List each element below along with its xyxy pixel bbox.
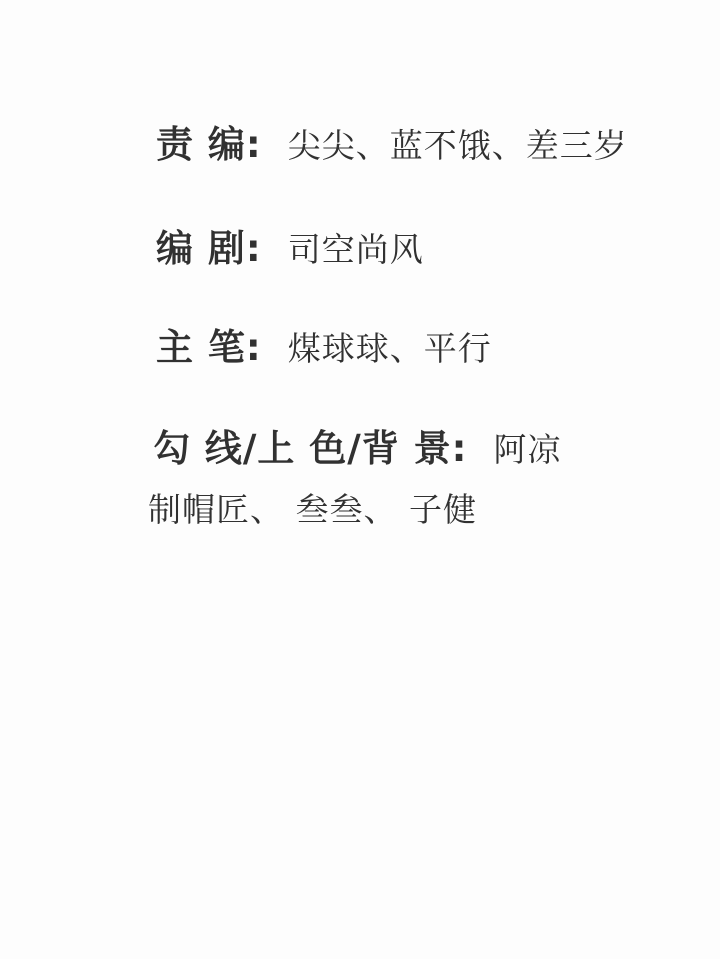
credits-page: 责 编: 尖尖、蓝不饿、差三岁 编 剧: 司空尚风 主 笔: 煤球球、平行 勾 … xyxy=(0,0,720,959)
credit-names: 制帽匠、 叁叁、 子健 xyxy=(148,493,477,526)
credit-row-screenwriter: 编 剧: 司空尚风 xyxy=(156,230,424,267)
credit-names: 煤球球、平行 xyxy=(288,332,492,365)
credit-names: 司空尚风 xyxy=(288,233,424,266)
credit-role-label: 责 编: xyxy=(156,126,262,163)
credit-row-editor: 责 编: 尖尖、蓝不饿、差三岁 xyxy=(156,126,628,163)
credit-role-label: 主 笔: xyxy=(156,329,262,366)
credit-row-lead-artist: 主 笔: 煤球球、平行 xyxy=(156,329,492,366)
credit-names: 阿凉 xyxy=(493,433,561,466)
credit-row-continued-names: 制帽匠、 叁叁、 子健 xyxy=(148,493,477,526)
credit-row-lineart-color-background: 勾 线/上 色/背 景: 阿凉 xyxy=(153,430,561,467)
credit-names: 尖尖、蓝不饿、差三岁 xyxy=(288,129,628,162)
credit-role-label: 编 剧: xyxy=(156,230,262,267)
credit-role-label: 勾 线/上 色/背 景: xyxy=(153,430,467,467)
